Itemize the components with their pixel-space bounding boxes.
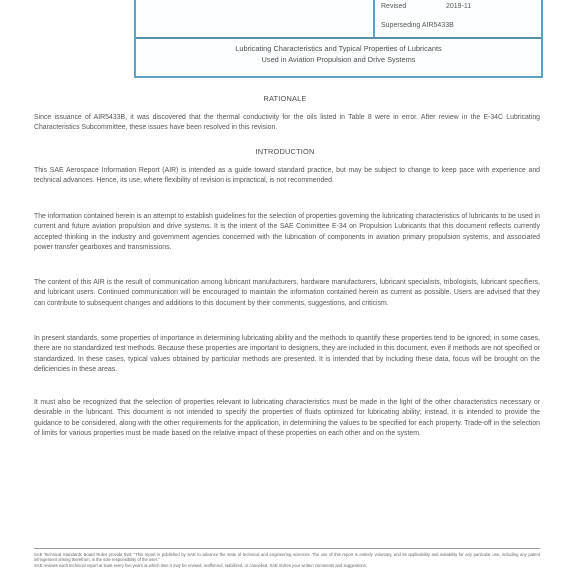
footer-note-1: SAE Technical Standards Board Rules prov… <box>34 552 540 563</box>
document-title: Lubricating Characteristics and Typical … <box>136 43 541 65</box>
footer-divider <box>34 548 540 549</box>
title-line-2: Used in Aviation Propulsion and Drive Sy… <box>136 54 541 65</box>
rationale-heading: RATIONALE <box>0 94 570 103</box>
intro-paragraph-3: The content of this AIR is the result of… <box>34 278 540 309</box>
header-top-section: Revised 2019-11 Superseding AIR5433B <box>136 0 541 39</box>
revised-label: Revised <box>381 3 406 10</box>
revision-info: Revised 2019-11 Superseding AIR5433B <box>373 0 541 37</box>
rationale-paragraph: Since issuance of AIR5433B, it was disco… <box>34 113 540 134</box>
revised-row: Revised 2019-11 <box>381 3 406 10</box>
intro-paragraph-2: The information contained herein is an a… <box>34 212 540 254</box>
intro-paragraph-5: It must also be recognized that the sele… <box>34 398 540 440</box>
introduction-heading: INTRODUCTION <box>0 147 570 156</box>
document-header-box: Revised 2019-11 Superseding AIR5433B Lub… <box>134 0 543 78</box>
intro-paragraph-4: In present standards, some properties of… <box>34 334 540 376</box>
revised-date: 2019-11 <box>446 3 471 10</box>
title-line-1: Lubricating Characteristics and Typical … <box>136 43 541 54</box>
superseding-row: Superseding AIR5433B <box>381 22 454 29</box>
intro-paragraph-1: This SAE Aerospace Information Report (A… <box>34 166 540 187</box>
footer-note-2: SAE reviews each technical report at lea… <box>34 563 540 568</box>
